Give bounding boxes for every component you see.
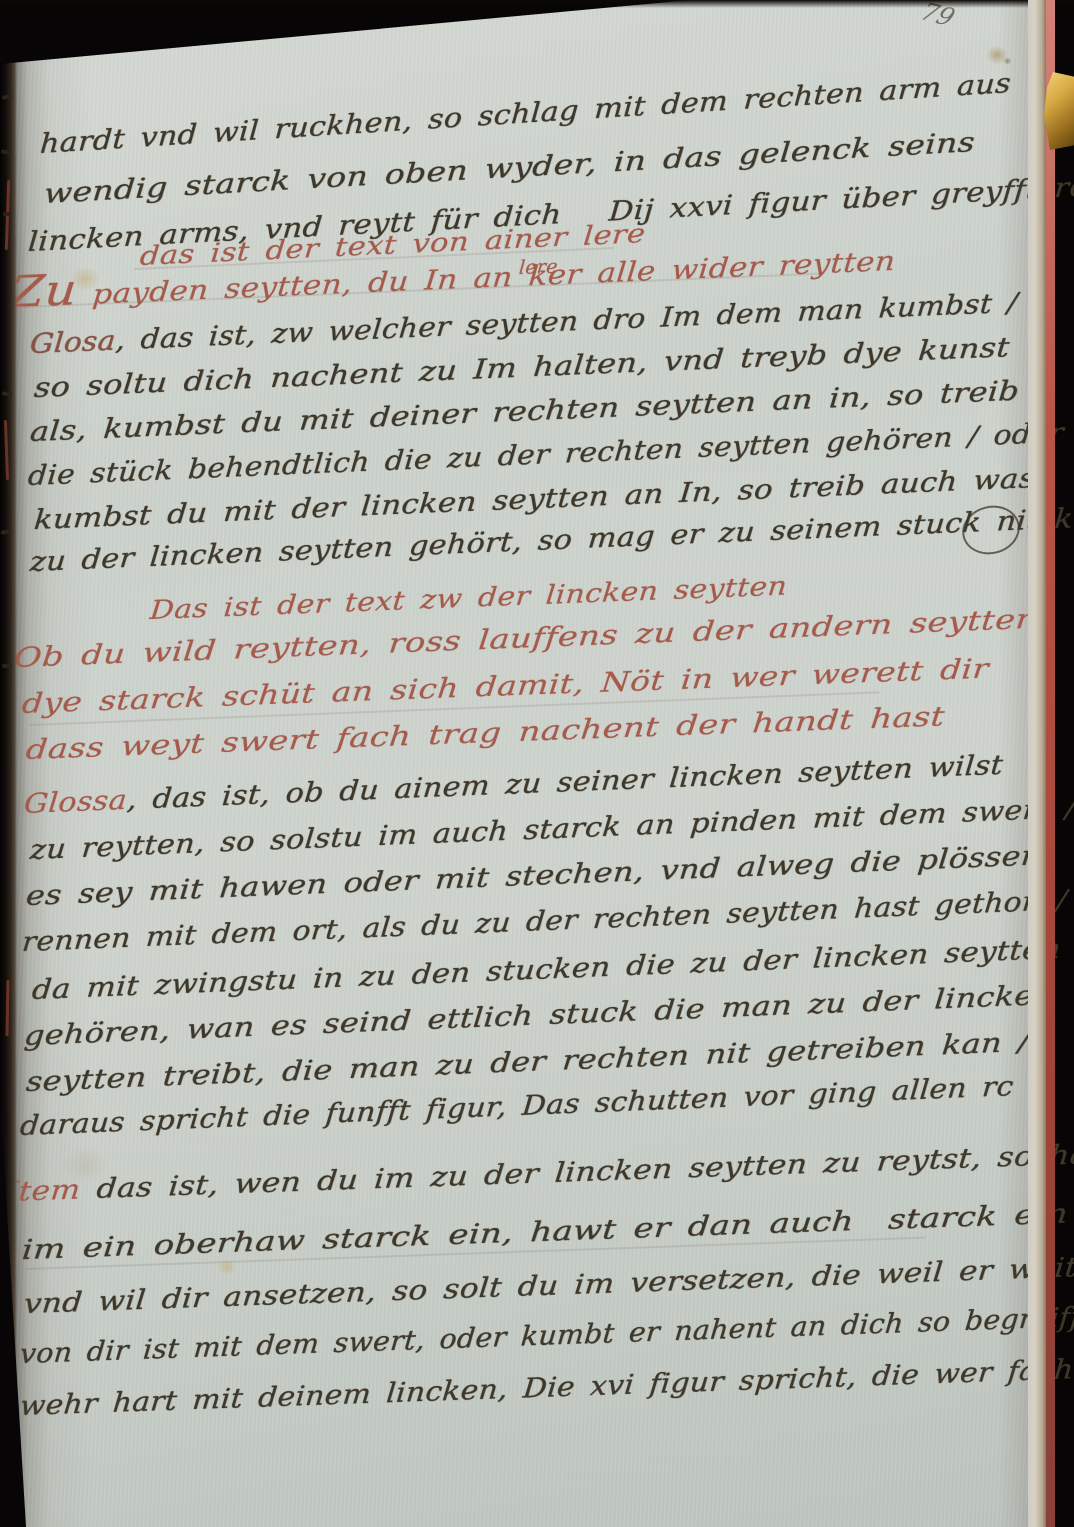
page-fore-edge [1028, 0, 1046, 1527]
red-tinted-edge [1046, 0, 1055, 1527]
paper-stain [1002, 56, 1013, 66]
facing-page-ink-fragment [2, 664, 12, 669]
text-line: Item das ist, wen du im zu der lincken s… [5, 1137, 1074, 1210]
manuscript-photo: 79 hardt vnd wil ruckhen, so schlag mit … [0, 0, 1074, 1527]
manuscript-page: 79 hardt vnd wil ruckhen, so schlag mit … [14, 0, 1028, 1527]
glosa-label: Glosa [29, 325, 117, 360]
glossa-label: Glossa [23, 785, 129, 820]
verse-initial: Zu [8, 265, 79, 318]
item-text: das ist, wen du im zu der lincken seytte… [79, 1138, 1074, 1205]
photo-background-strip [0, 0, 1074, 8]
